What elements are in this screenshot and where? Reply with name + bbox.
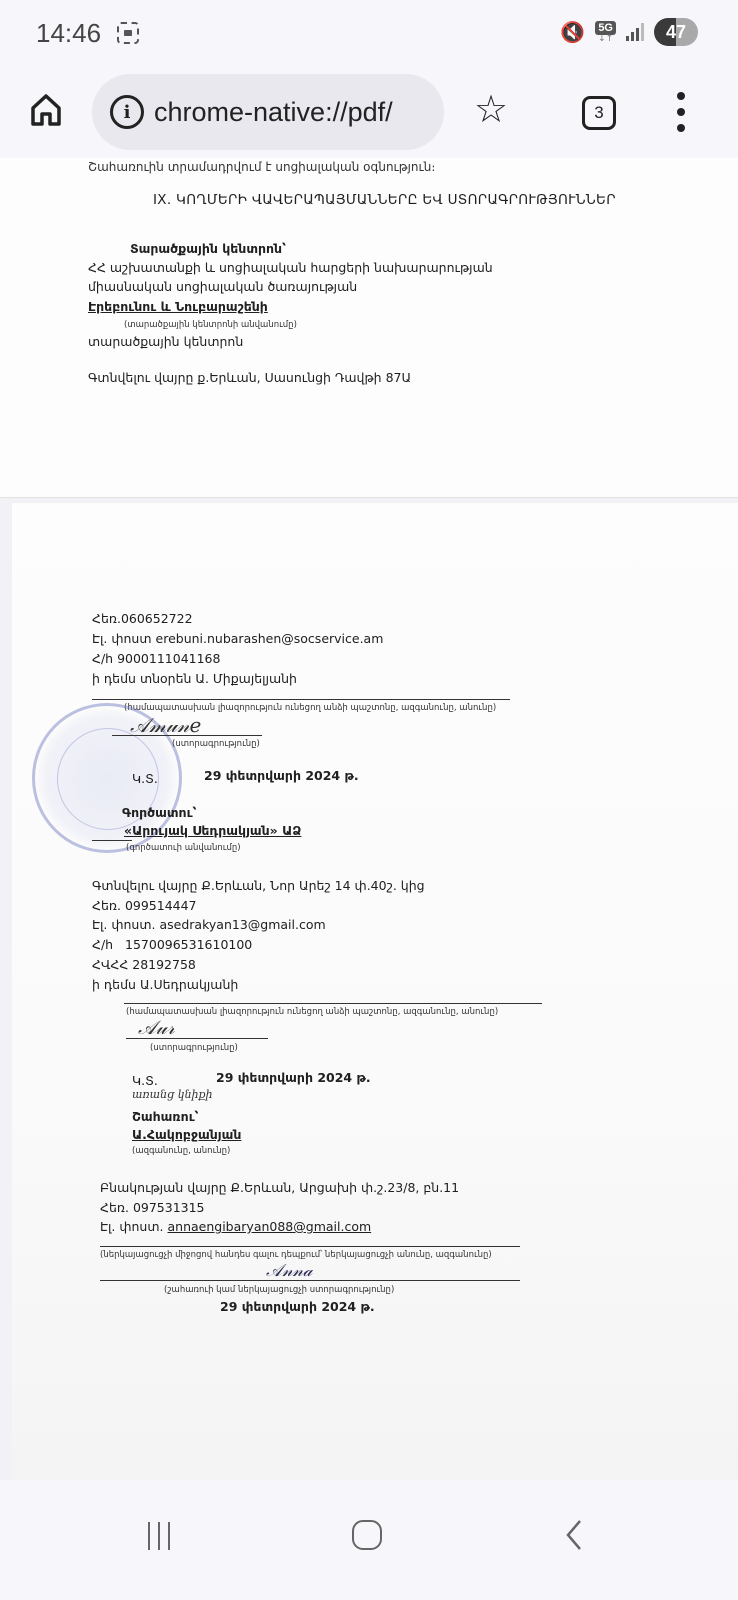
info-icon[interactable]: i bbox=[110, 95, 144, 129]
recent-apps-button[interactable] bbox=[148, 1522, 170, 1550]
center-tin: Հ/հ 9000111041168 bbox=[92, 651, 220, 666]
provider-signature: 𝒜𝓊𝓇 bbox=[138, 1017, 175, 1039]
center-date: 29 փետրվարի 2024 թ. bbox=[204, 768, 359, 783]
screenshot-icon bbox=[117, 22, 139, 44]
beneficiary-rep-caption: (ներկայացուցչի միջոցով հանդես գալու դեպք… bbox=[100, 1250, 492, 1260]
center-phone: Հեռ.060652722 bbox=[92, 611, 193, 626]
network-5g-icon: 5G ↓↑ bbox=[595, 21, 616, 44]
regional-center-label: Տարածքային կենտրոն՝ bbox=[130, 241, 286, 256]
beneficiary-signature-line bbox=[100, 1280, 520, 1281]
home-nav-button[interactable] bbox=[352, 1520, 382, 1550]
center-signature-caption: (ստորագրությունը) bbox=[172, 739, 260, 749]
provider-name-line-left bbox=[92, 840, 132, 841]
provider-signature-line bbox=[126, 1038, 268, 1039]
more-menu-icon[interactable] bbox=[675, 92, 687, 132]
beneficiary-label: Շահառու՝ bbox=[132, 1109, 199, 1124]
back-chevron-icon bbox=[562, 1518, 586, 1552]
home-button[interactable] bbox=[28, 92, 64, 128]
provider-account: Հ/հ 1570096531610100 bbox=[92, 937, 252, 952]
center-name-caption: (տարածքային կենտրոնի անվանումը) bbox=[124, 320, 297, 330]
ministry-line-1: ՀՀ աշխատանքի և սոցիալական հարցերի նախարա… bbox=[88, 260, 493, 275]
center-signature-line bbox=[112, 735, 262, 736]
beneficiary-date: 29 փետրվարի 2024 թ. bbox=[220, 1299, 375, 1314]
browser-toolbar: i chrome-native://pdf/ ☆ 3 bbox=[0, 70, 738, 158]
beneficiary-signature-caption: (շահառուի կամ ներկայացուցչի ստորագրությո… bbox=[164, 1285, 394, 1295]
center-location: Գտնվելու վայրը ք.Երևան, Սասունցի Դավթի 8… bbox=[88, 370, 411, 385]
section-title: IX. ԿՈՂՄԵՐԻ ՎԱՎԵՐԱՊԱՅՄԱՆՆԵՐԸ ԵՎ ՍՏՈՐԱԳՐՈ… bbox=[153, 192, 616, 208]
provider-email: Էլ. փոստ. asedrakyan13@gmail.com bbox=[92, 917, 326, 932]
provider-handwritten-note: առանց կնիքի bbox=[132, 1088, 213, 1101]
center-signature: 𝒜𝓂𝓊𝓃𝑒 bbox=[130, 713, 201, 737]
provider-rep-caption: (համապատասխան լիազորություն ունեցող անձի… bbox=[126, 1007, 498, 1017]
provider-name-caption: (գործատուի անվանումը) bbox=[126, 843, 241, 853]
ministry-line-2: միասնական սոցիալական ծառայության bbox=[88, 279, 357, 294]
provider-date: 29 փետրվարի 2024 թ. bbox=[216, 1070, 371, 1085]
provider-rep-line bbox=[124, 1003, 542, 1004]
provider-name: «Արույակ Սեդրակյան» ԱՁ bbox=[124, 823, 301, 838]
center-seal-label: Կ.Տ. bbox=[132, 771, 158, 786]
provider-label: Գործատու՝ bbox=[122, 805, 196, 820]
beneficiary-email: Էլ. փոստ. annaengibaryan088@gmail.com bbox=[100, 1219, 371, 1234]
beneficiary-phone: Հեռ. 097531315 bbox=[100, 1200, 205, 1215]
center-name: Էրեբունու և Նուբարաշենի bbox=[88, 299, 268, 314]
signal-icon bbox=[626, 23, 644, 41]
beneficiary-signature: 𝒜𝓃𝓃𝒶 bbox=[266, 1261, 312, 1281]
center-rep-caption: (համապատասխան լիազորություն ունեցող անձի… bbox=[124, 703, 496, 713]
home-icon bbox=[28, 92, 64, 128]
back-button[interactable] bbox=[562, 1518, 586, 1552]
vibrate-mute-icon: 🔇 bbox=[560, 20, 585, 44]
provider-representative: ի դեմս Ա.Սեդրակյանի bbox=[92, 977, 238, 992]
beneficiary-rep-line bbox=[100, 1246, 520, 1247]
battery-indicator: 47 bbox=[654, 18, 698, 46]
provider-seal-label: Կ.Տ. bbox=[132, 1073, 158, 1088]
tab-switcher-button[interactable]: 3 bbox=[582, 96, 616, 130]
beneficiary-name-caption: (ազգանունը, անունը) bbox=[132, 1146, 230, 1156]
provider-signature-caption: (ստորագրությունը) bbox=[150, 1043, 238, 1053]
url-text[interactable]: chrome-native://pdf/ bbox=[154, 97, 393, 128]
pdf-page-2: Հեռ.060652722 Էլ. փոստ erebuni.nubarashe… bbox=[12, 503, 738, 1480]
status-bar: 14:46 🔇 5G ↓↑ 47 bbox=[0, 0, 738, 70]
system-navigation-bar bbox=[0, 1480, 738, 1600]
status-time: 14:46 bbox=[36, 18, 101, 49]
pdf-viewport[interactable]: Շահառուին տրամադրվում է սոցիալական օգնու… bbox=[0, 158, 738, 1480]
address-bar[interactable]: i chrome-native://pdf/ bbox=[92, 74, 444, 150]
bookmark-star-icon[interactable]: ☆ bbox=[474, 90, 508, 128]
beneficiary-name: Ա.Հակոբջանյան bbox=[132, 1127, 241, 1142]
provider-tax-id: ՀՎՀՀ 28192758 bbox=[92, 957, 196, 972]
cut-off-text-line: Շահառուին տրամադրվում է սոցիալական օգնու… bbox=[88, 160, 435, 174]
provider-phone: Հեռ. 099514447 bbox=[92, 898, 197, 913]
center-suffix: տարածքային կենտրոն bbox=[88, 334, 243, 349]
status-icons: 🔇 5G ↓↑ 47 bbox=[560, 18, 698, 46]
center-rep-line bbox=[92, 699, 510, 700]
center-representative: ի դեմս տնօրեն Ա. Միքայելյանի bbox=[92, 671, 297, 686]
provider-location: Գտնվելու վայրը Ք.Երևան, Նոր Արեշ 14 փ.40… bbox=[92, 878, 425, 893]
beneficiary-residence: Բնակության վայրը Ք.Երևան, Արցախի փ.շ.23/… bbox=[100, 1180, 459, 1195]
pdf-page-1: Շահառուին տրամադրվում է սոցիալական օգնու… bbox=[0, 158, 738, 498]
center-email: Էլ. փոստ erebuni.nubarashen@socservice.a… bbox=[92, 631, 383, 646]
